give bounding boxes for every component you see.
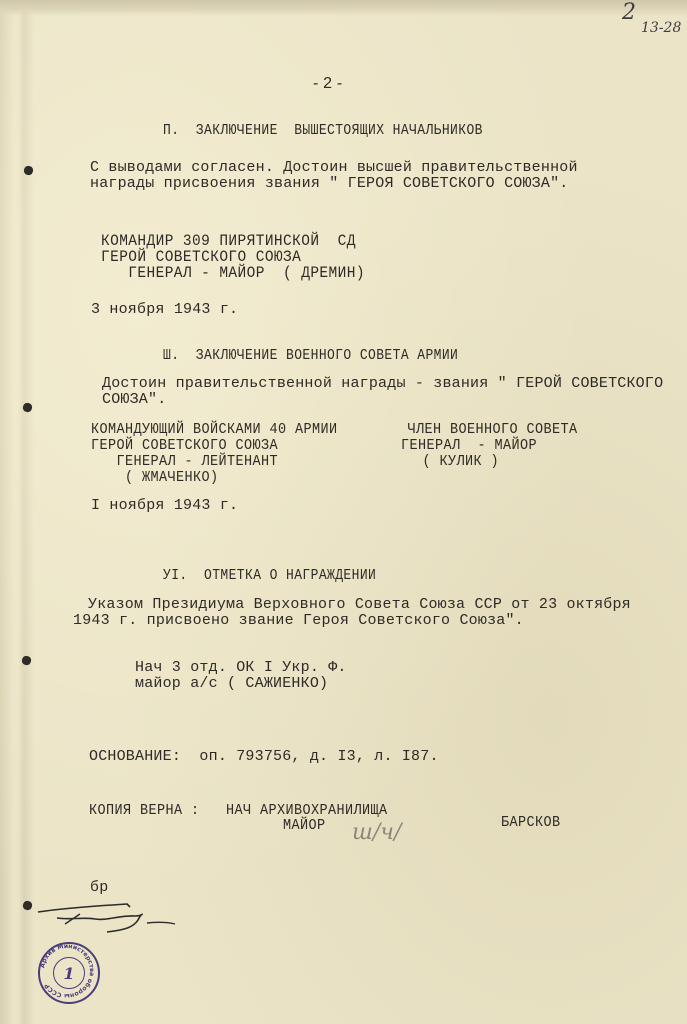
section-2-heading: П. ЗАКЛЮЧЕНИЕ ВЫШЕСТОЯЩИХ НАЧАЛЬНИКОВ — [163, 122, 483, 140]
basis-reference: ОСНОВАНИЕ: оп. 793756, д. I3, л. I87. — [89, 749, 439, 765]
section-6-signatory-line1: Нач 3 отд. ОК I Укр. Ф. — [135, 660, 347, 676]
army-commander-line3: ГЕНЕРАЛ - ЛЕЙТЕНАНТ — [91, 454, 278, 472]
council-member-line1: ЧЛЕН ВОЕННОГО СОВЕТА — [399, 422, 578, 440]
section-3-text-line1: Достоин правительственной награды - зван… — [102, 376, 663, 392]
section-2-signatory-line1: КОМАНДИР 309 ПИРЯТИНСКОЙ СД — [101, 233, 356, 251]
council-member-line2: ГЕНЕРАЛ - МАЙОР — [401, 438, 537, 456]
army-commander-line1: КОМАНДУЮЩИЙ ВОЙСКАМИ 40 АРМИИ — [91, 422, 338, 440]
section-3-text-line2: СОЮЗА". — [102, 392, 166, 408]
section-2-date: 3 ноября 1943 г. — [91, 302, 238, 318]
section-6-heading: УI. ОТМЕТКА О НАГРАЖДЕНИИ — [163, 567, 376, 585]
typist-initials: бр — [90, 880, 108, 896]
sheet-number-handwritten: 2 — [622, 0, 636, 25]
army-commander-line4: ( ЖМАЧЕНКО) — [91, 470, 219, 488]
archive-reference-handwritten: 13-28 — [641, 20, 681, 36]
section-6-text-line1: Указом Президиума Верховного Совета Союз… — [88, 597, 631, 613]
section-2-signatory-line2: ГЕРОЙ СОВЕТСКОГО СОЮЗА — [101, 249, 301, 267]
stamp-center-number: 1 — [53, 957, 85, 989]
section-2-signatory-line3: ГЕНЕРАЛ - МАЙОР ( ДРЕМИН) — [101, 265, 365, 283]
section-6-text-line2: 1943 г. присвоено звание Героя Советског… — [73, 613, 524, 629]
section-2-text-line1: С выводами согласен. Достоин высшей прав… — [90, 160, 578, 176]
archive-chief-signature: ш/ч/ — [352, 820, 401, 845]
certification-label: КОПИЯ ВЕРНА : — [89, 803, 200, 821]
section-2-text-line2: награды присвоения звания " ГЕРОЯ СОВЕТС… — [90, 176, 568, 192]
page-number: - 2 - — [313, 76, 342, 92]
section-3-heading: Ш. ЗАКЛЮЧЕНИЕ ВОЕННОГО СОВЕТА АРМИИ — [163, 347, 458, 365]
council-member-line3: ( КУЛИК ) — [414, 454, 499, 472]
paper-top-edge — [0, 0, 687, 16]
archive-stamp: Архив Министерства обороны СССР 1 — [38, 942, 100, 1004]
certification-position-line2: МАЙОР — [283, 818, 326, 836]
section-3-date: I ноября 1943 г. — [91, 498, 238, 514]
section-6-signatory-line2: майор а/с ( САЖИЕНКО) — [135, 676, 328, 692]
certification-name: БАРСКОВ — [501, 815, 561, 833]
army-commander-line2: ГЕРОЙ СОВЕТСКОГО СОЮЗА — [91, 438, 278, 456]
handwritten-signature-scribble — [35, 898, 185, 938]
